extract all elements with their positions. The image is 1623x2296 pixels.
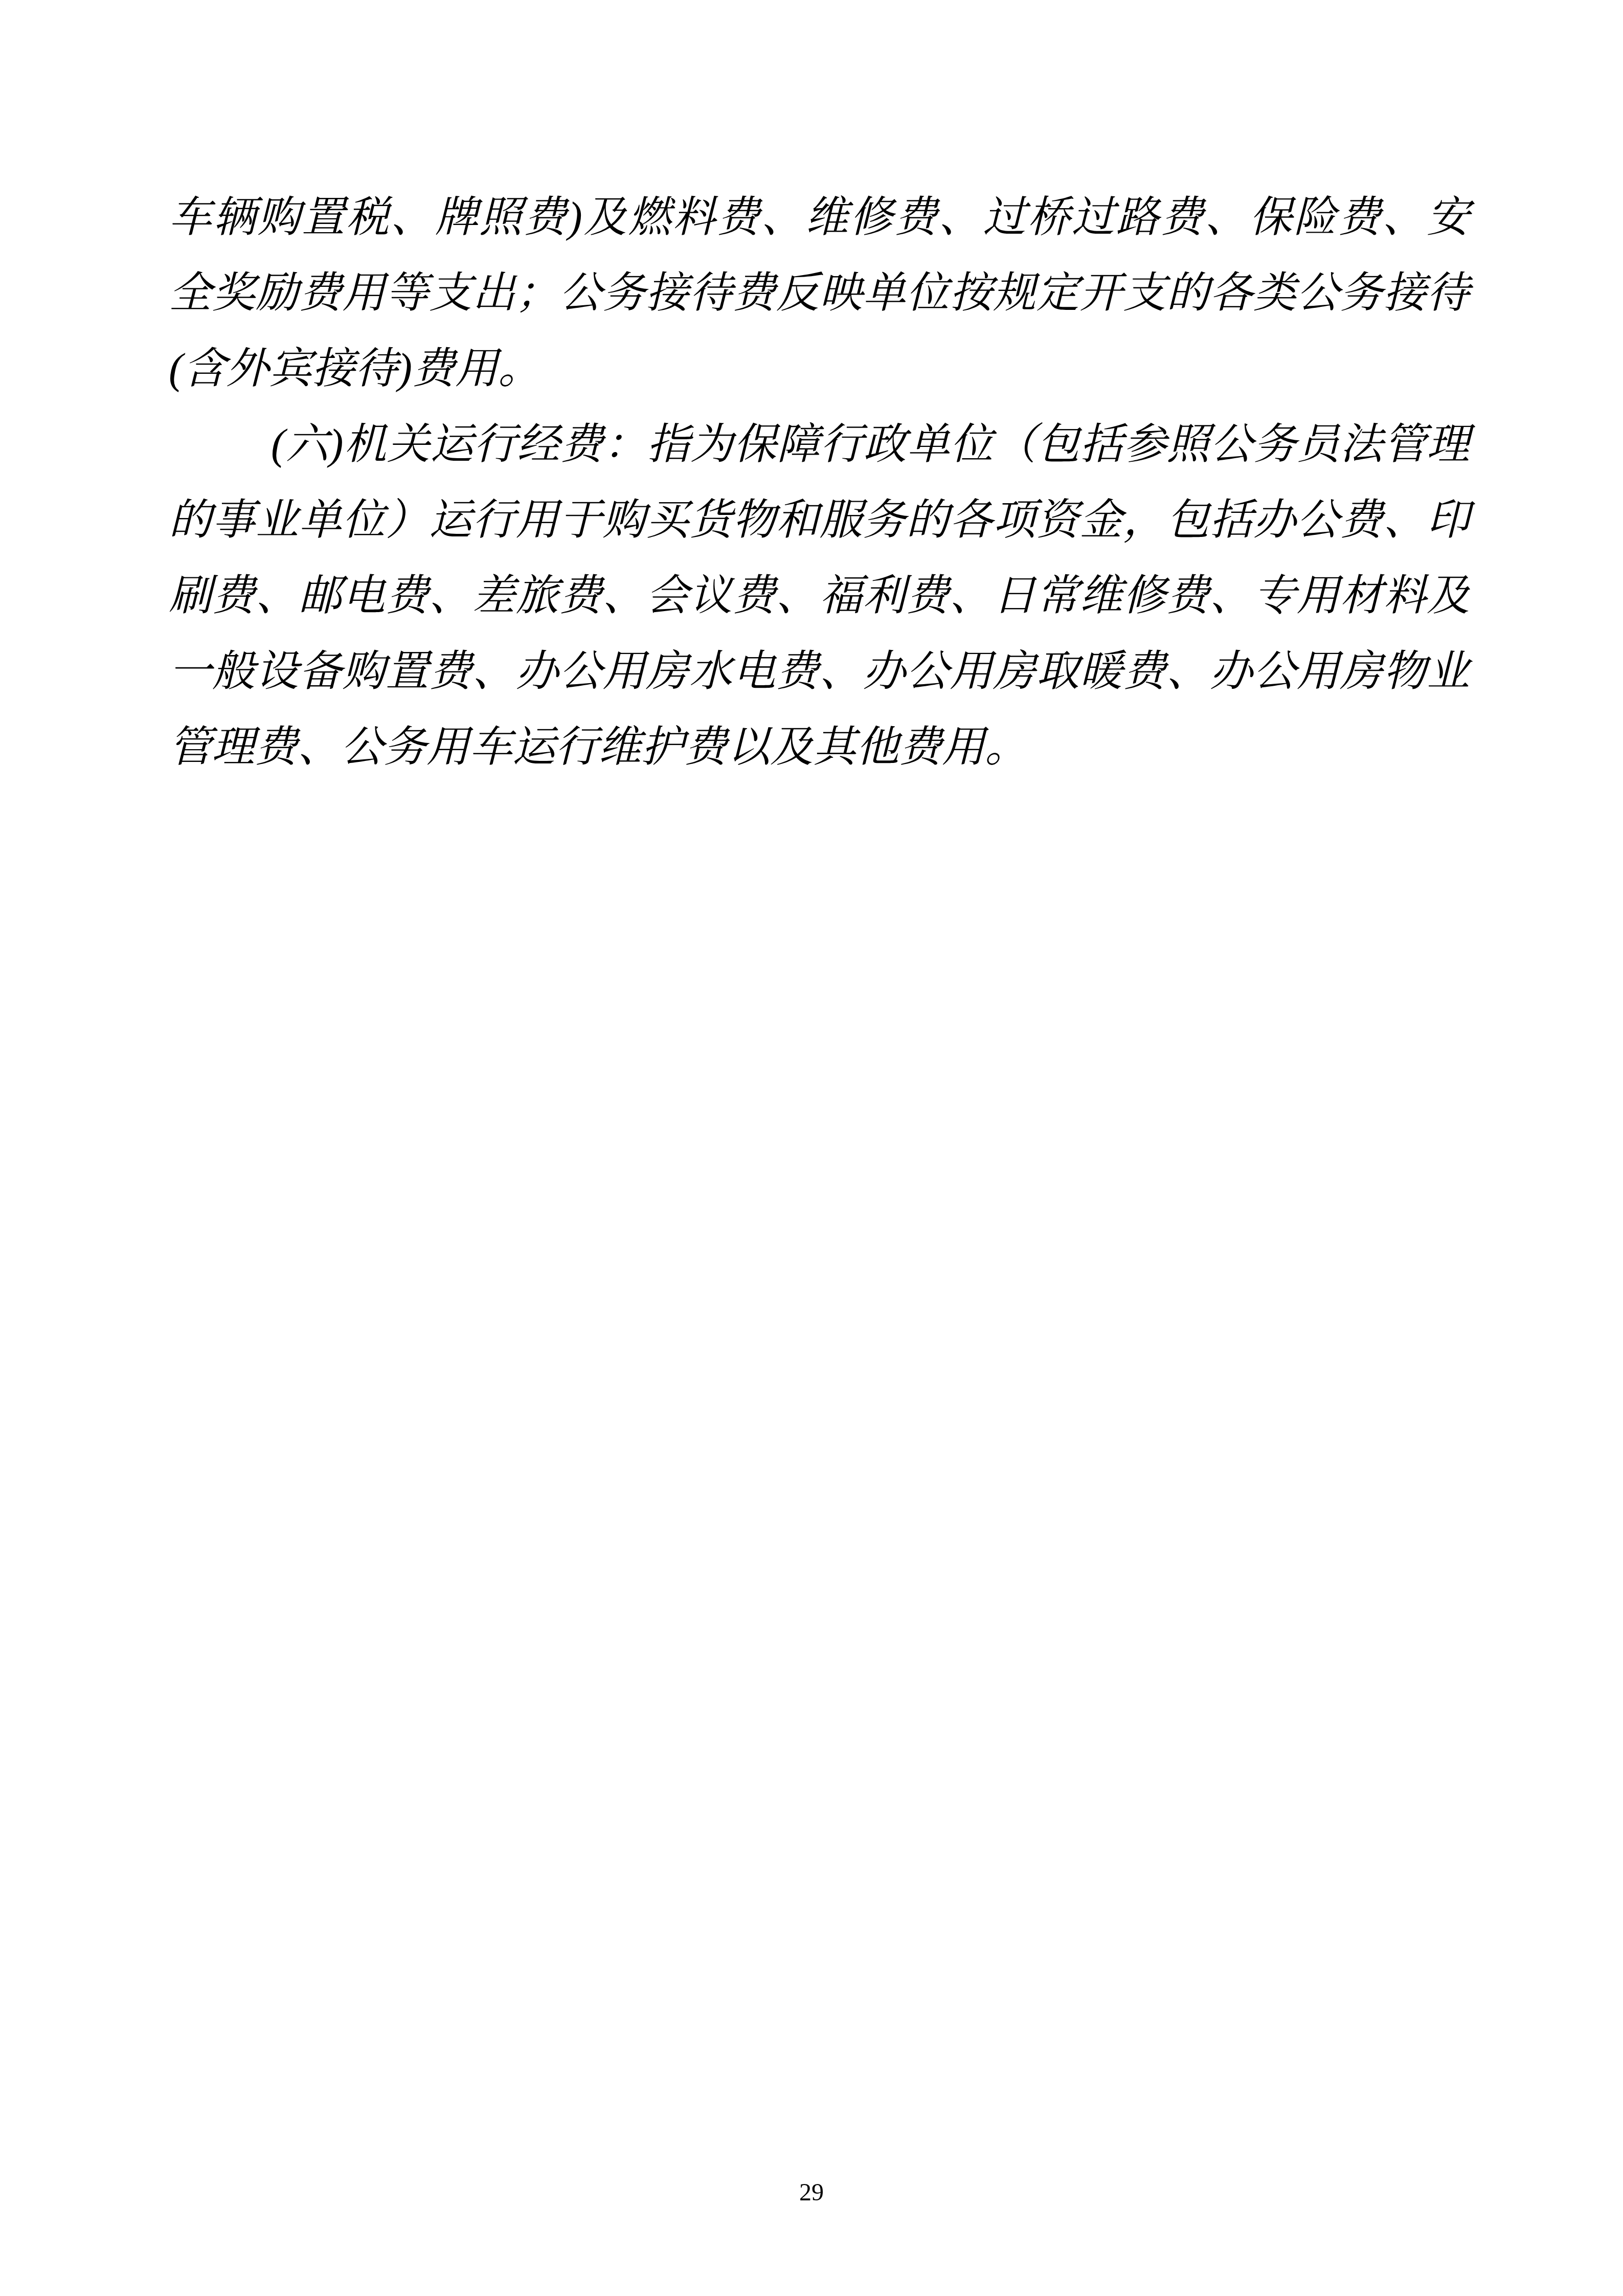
text-line: 一般设备购置费、办公用房水电费、办公用房取暖费、办公用房物业 [169,634,1470,710]
document-page: 车辆购置税、牌照费)及燃料费、维修费、过桥过路费、保险费、安 全奖励费用等支出；… [0,0,1623,2296]
body-text-block: 车辆购置税、牌照费)及燃料费、维修费、过桥过路费、保险费、安 全奖励费用等支出；… [169,180,1470,785]
text-line: 车辆购置税、牌照费)及燃料费、维修费、过桥过路费、保险费、安 [169,180,1470,256]
page-number: 29 [0,2177,1623,2208]
text-line paragraph-end: (含外宾接待)费用。 [169,331,1470,407]
text-line: 的事业单位）运行用于购买货物和服务的各项资金，包括办公费、印 [169,483,1470,558]
text-line: 刷费、邮电费、差旅费、会议费、福利费、日常维修费、专用材料及 [169,558,1470,634]
text-line paragraph-end: 管理费、公务用车运行维护费以及其他费用。 [169,710,1470,785]
text-line paragraph-start: (六)机关运行经费：指为保障行政单位（包括参照公务员法管理 [169,407,1470,483]
text-line: 全奖励费用等支出；公务接待费反映单位按规定开支的各类公务接待 [169,256,1470,331]
